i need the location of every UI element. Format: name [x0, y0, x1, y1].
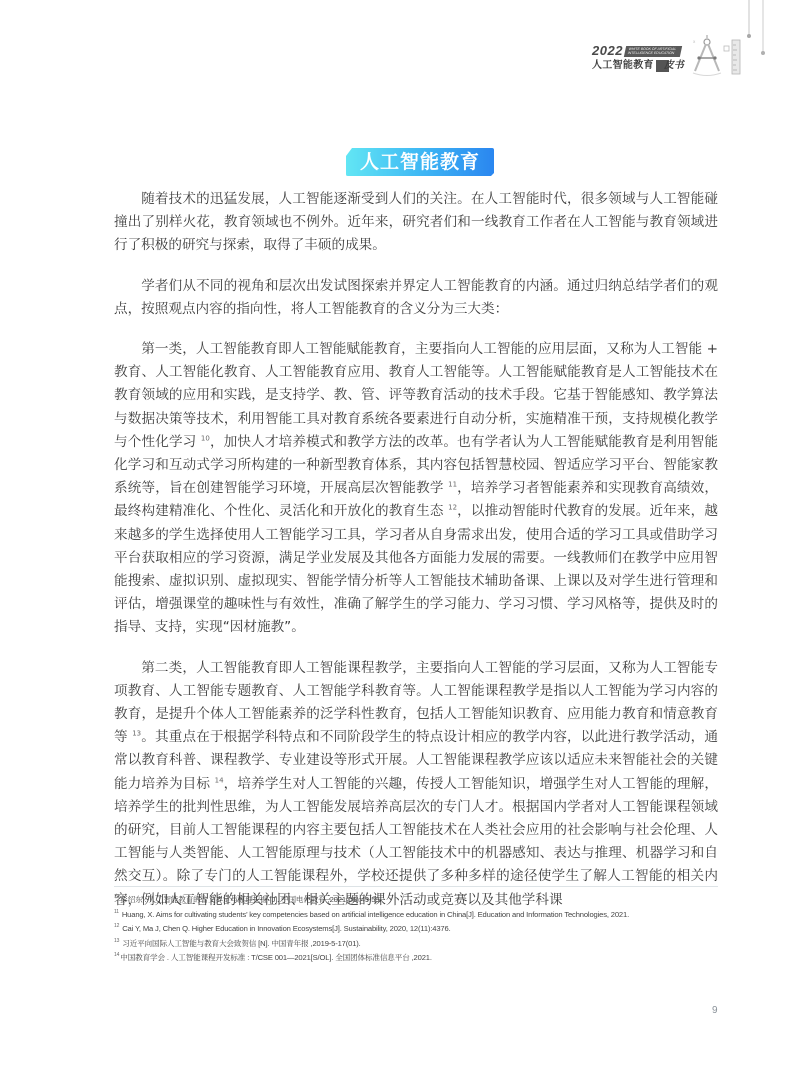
footnote-11: 11 Huang, X. Aims for cultivating studen…	[114, 908, 734, 923]
text-segment: 随着技术的迅猛发展，人工智能逐渐受到人们的关注。在人工智能时代，很多领域与人工智…	[114, 191, 718, 253]
footnote-14: 14中国教育学会 . 人工智能课程开发标准 : T/CSE 001—2021[S…	[114, 951, 734, 966]
text-segment: ，以推动智能时代教育的发展。近年来，越来越多的学生选择使用人工智能学习工具，学习…	[114, 503, 718, 635]
brand-year: 2022	[592, 44, 623, 58]
section-title: 人工智能教育	[360, 148, 480, 176]
text-segment: ，培养学生对人工智能的兴趣，传授人工智能知识，增强学生对人工智能的理解，培养学生…	[114, 776, 718, 908]
compass-icon: x	[693, 35, 721, 76]
footnote-text: Cai Y, Ma J, Chen Q. Higher Education in…	[120, 924, 450, 933]
page-number: 9	[712, 1005, 718, 1016]
footnote-text: 彭绍东 . 人工智能教育的含义界定与原理挖掘 [J]. 中国电化教育 ,2021…	[120, 895, 381, 904]
footnote-ref-14[interactable]: 14	[215, 776, 224, 784]
footnote-12: 12 Cai Y, Ma J, Chen Q. Higher Education…	[114, 922, 734, 937]
footnote-text: Huang, X. Aims for cultivating students’…	[120, 910, 629, 919]
footnote-number: 14	[114, 952, 119, 958]
paragraph-category-two: 第二类，人工智能教育即人工智能课程教学，主要指向人工智能的学习层面，又称为人工智…	[114, 657, 718, 912]
body-text: 随着技术的迅猛发展，人工智能逐渐受到人们的关注。在人工智能时代，很多领域与人工智…	[114, 188, 718, 929]
hanging-line-icon	[747, 0, 765, 55]
brand-suffix: 皮书	[656, 60, 685, 72]
footnote-ref-13[interactable]: 13	[132, 730, 141, 738]
footnote-ref-11[interactable]: 11	[448, 481, 457, 489]
footnote-ref-12[interactable]: 12	[448, 504, 457, 512]
footnote-13: 13 习近平向国际人工智能与教育大会致贺信 [N]. 中国青年报 ,2019-5…	[114, 937, 734, 952]
section-title-badge: 人工智能教育	[346, 148, 494, 176]
footnote-text: 习近平向国际人工智能与教育大会致贺信 [N]. 中国青年报 ,2019-5-17…	[120, 939, 360, 948]
text-segment: 学者们从不同的视角和层次出发试图探索并界定人工智能教育的内涵。通过归纳总结学者们…	[114, 278, 718, 317]
footnote-number: 11	[114, 909, 119, 915]
brand-year-row: 2022 White Book of Artificial Intelligen…	[592, 44, 692, 58]
footnote-number: 12	[114, 923, 119, 929]
paragraph-category-one: 第一类，人工智能教育即人工智能赋能教育，主要指向人工智能的应用层面，又称为人工智…	[114, 338, 718, 640]
brand-title-row: 人工智能教育 皮书	[592, 60, 692, 72]
header-brand: 2022 White Book of Artificial Intelligen…	[592, 44, 692, 72]
footnote-ref-10[interactable]: 10	[201, 434, 210, 442]
ruler-icon	[724, 40, 740, 74]
footnote-number: 13	[114, 938, 119, 944]
svg-text:x: x	[693, 39, 696, 44]
footnotes: 10彭绍东 . 人工智能教育的含义界定与原理挖掘 [J]. 中国电化教育 ,20…	[114, 893, 734, 966]
paragraph-intro: 随着技术的迅猛发展，人工智能逐渐受到人们的关注。在人工智能时代，很多领域与人工智…	[114, 188, 718, 258]
brand-title: 人工智能教育	[592, 60, 654, 72]
footnote-divider	[114, 886, 718, 887]
footnote-10: 10彭绍东 . 人工智能教育的含义界定与原理挖掘 [J]. 中国电化教育 ,20…	[114, 893, 734, 908]
paragraph-definition-overview: 学者们从不同的视角和层次出发试图探索并界定人工智能教育的内涵。通过归纳总结学者们…	[114, 275, 718, 321]
brand-tag: White Book of Artificial Intelligence Ed…	[624, 46, 682, 57]
footnote-text: 中国教育学会 . 人工智能课程开发标准 : T/CSE 001—2021[S/O…	[120, 953, 432, 962]
footnote-number: 10	[114, 894, 119, 900]
header-decoration: x	[690, 0, 794, 80]
